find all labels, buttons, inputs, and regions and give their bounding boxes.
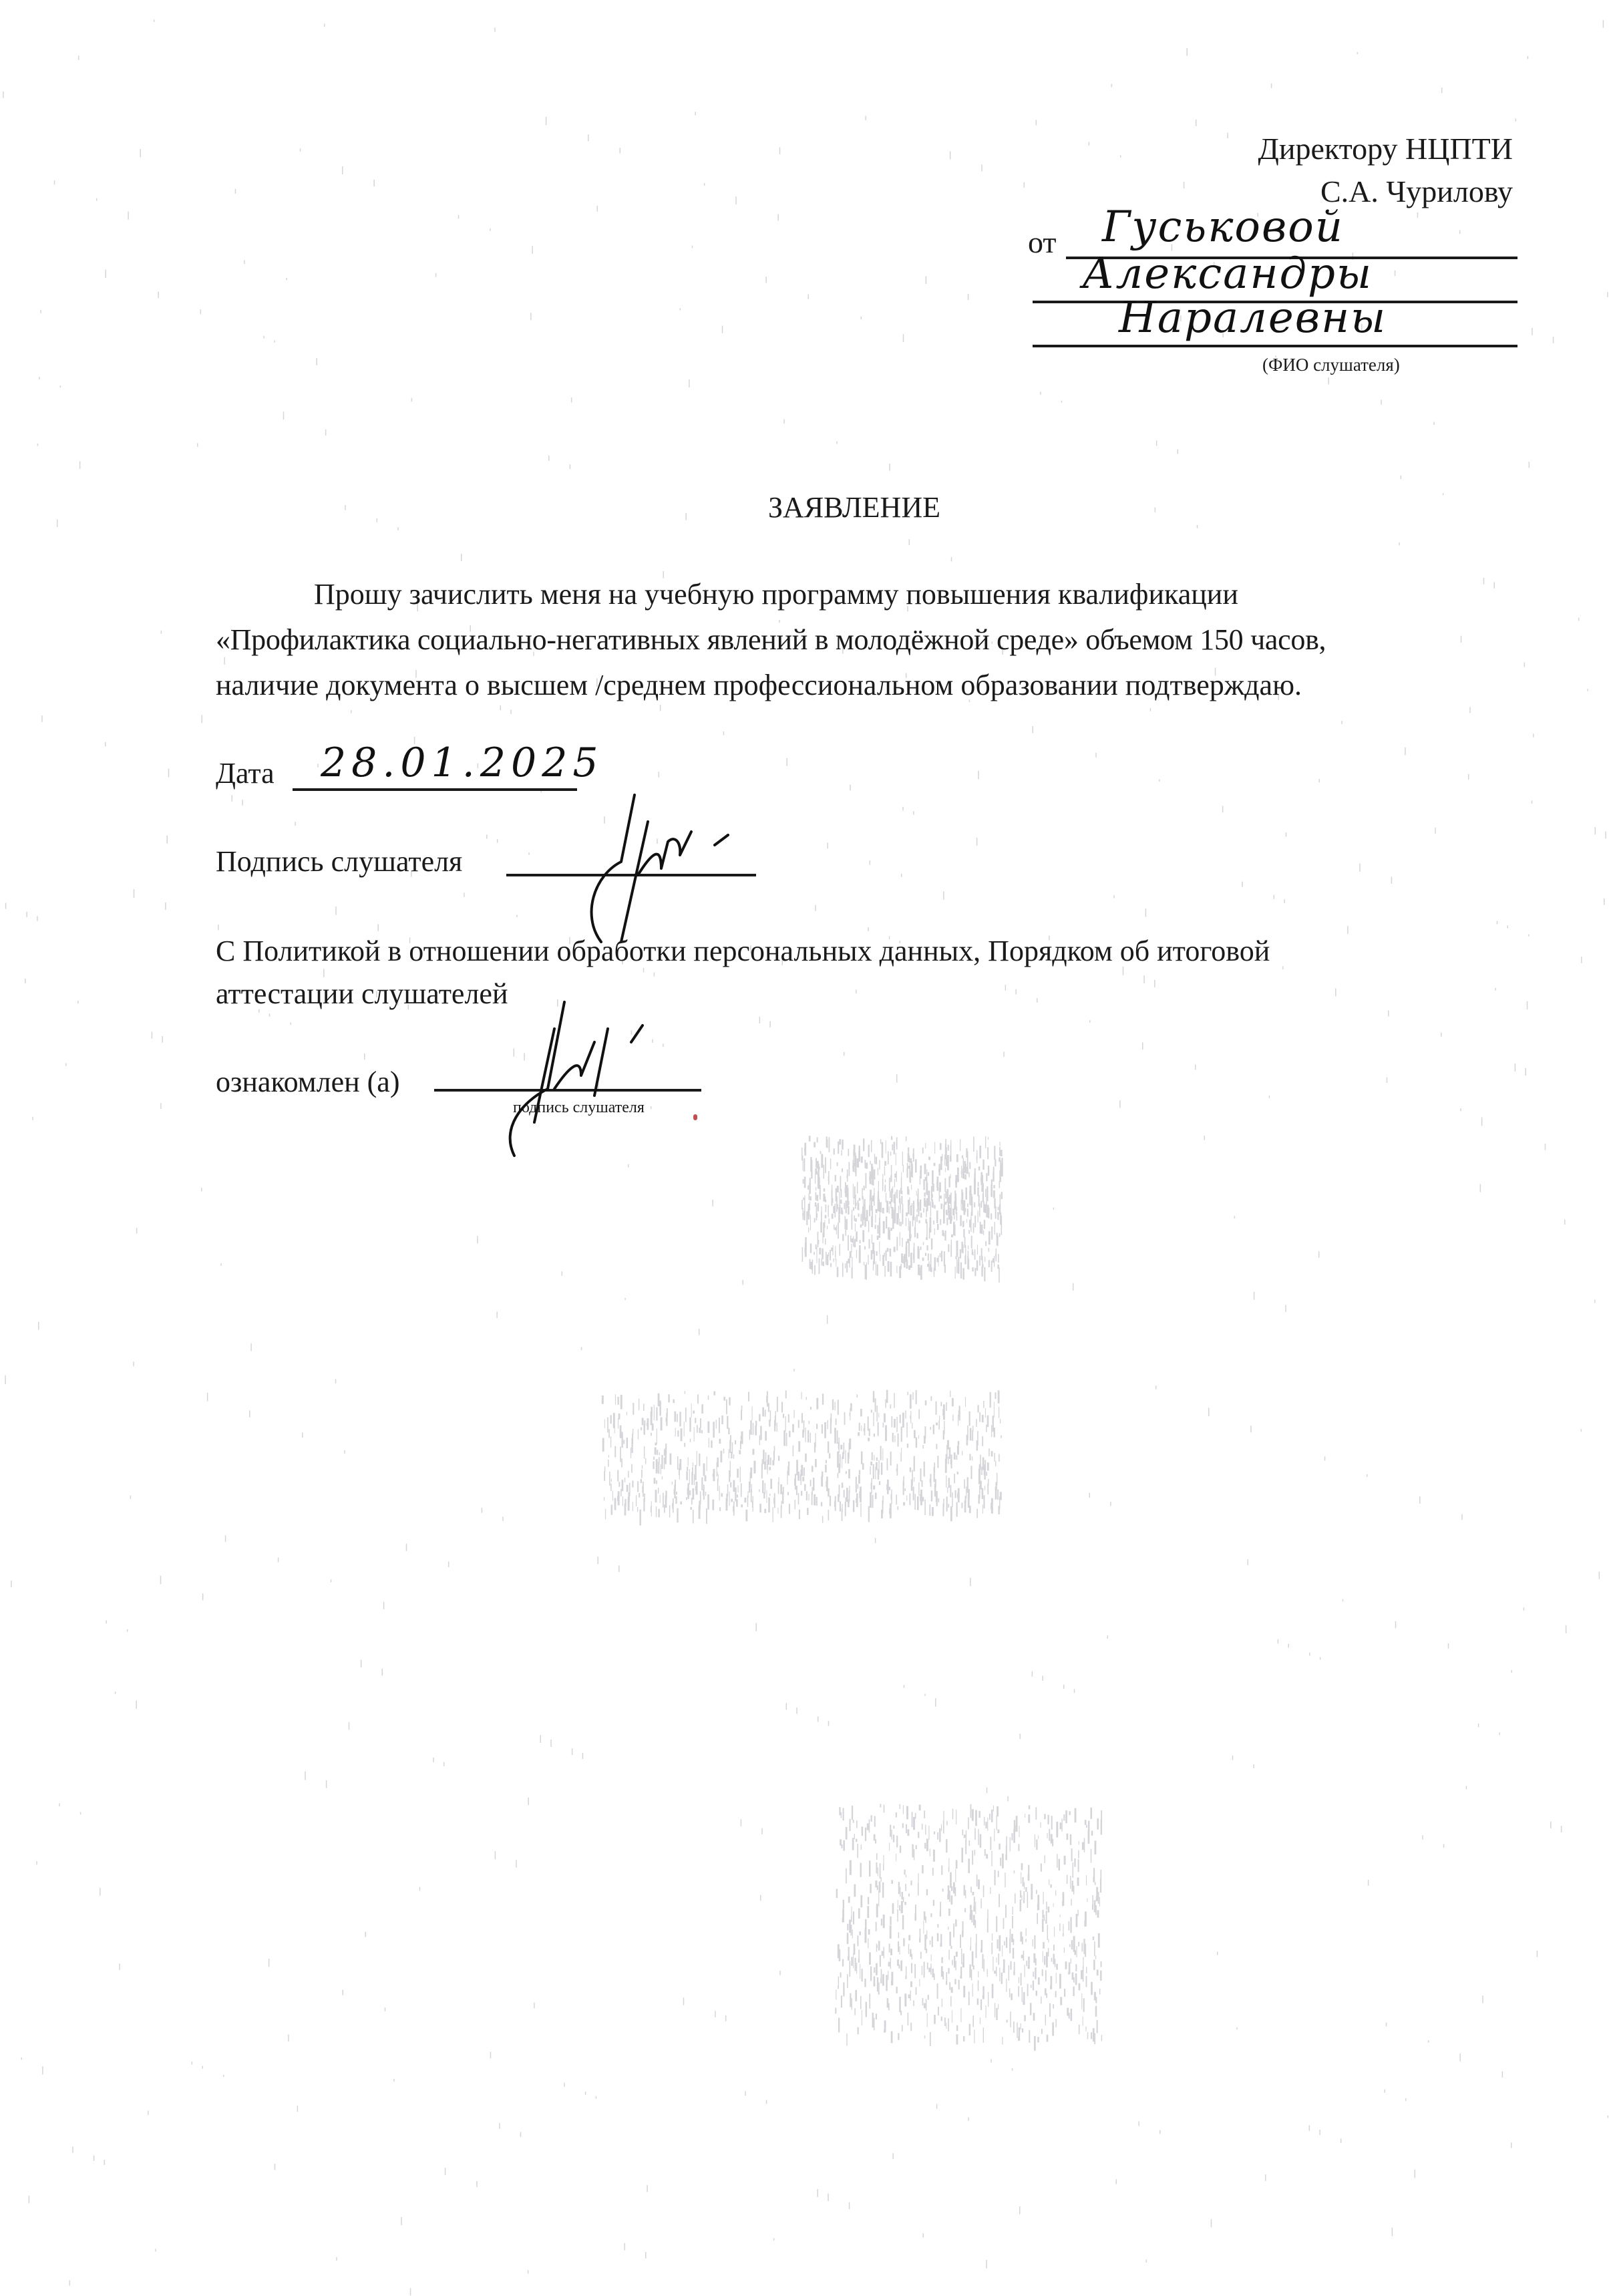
fio-handwritten-name[interactable]: Александры: [1082, 253, 1373, 295]
signature-scribble-1[interactable]: [561, 782, 735, 955]
fio-handwritten-surname[interactable]: Гуськовой: [1102, 206, 1344, 249]
fio-line-3: [1033, 345, 1517, 347]
signature-scribble-2[interactable]: [494, 989, 695, 1162]
addressee-line-1: Директору НЦПТИ: [1258, 134, 1513, 164]
fio-handwritten-patronymic[interactable]: Наралевны: [1119, 297, 1387, 339]
addressee-line-2: С.А. Чурилову: [1320, 176, 1513, 207]
body-line-3: наличие документа о высшем /среднем проф…: [216, 671, 1302, 700]
date-handwritten[interactable]: 28.01.2025: [321, 743, 604, 783]
date-label: Дата: [216, 759, 275, 788]
document-title: ЗАЯВЛЕНИЕ: [768, 493, 940, 522]
ack-line-1: С Политикой в отношении обработки персон…: [216, 937, 1270, 966]
body-line-1: Прошу зачислить меня на учебную программ…: [314, 580, 1238, 609]
red-dot: [693, 1114, 697, 1120]
date-line: [293, 788, 577, 791]
signature-label: Подпись слушателя: [216, 847, 462, 876]
ack-label: ознакомлен (а): [216, 1068, 399, 1097]
ack-line-2: аттестации слушателей: [216, 979, 508, 1009]
from-label: от: [1028, 227, 1057, 258]
body-line-2: «Профилактика социально-негативных явлен…: [216, 625, 1326, 655]
fio-caption: (ФИО слушателя): [1262, 356, 1400, 374]
